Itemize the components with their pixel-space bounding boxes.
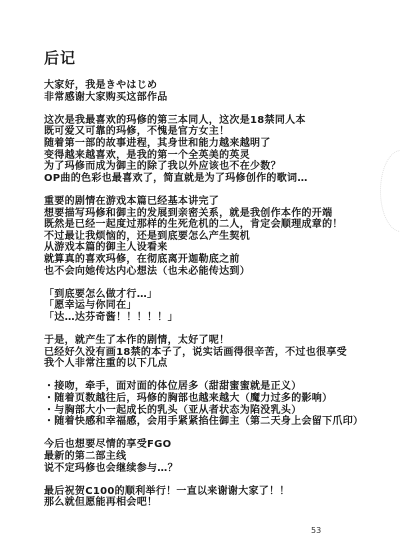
paragraph-gap (44, 323, 394, 335)
text-line: ・随着快感和幸福感，会用手紧紧掐住御主（第二天身上会留下爪印） (44, 416, 394, 428)
text-line: 今后也想要尽情的享受FGO (44, 439, 394, 451)
text-line: 不过最让我烦恼的，还是到底要怎么产生契机 (44, 231, 394, 243)
text-line: ・随着页数越往后，玛修的胸部也越来越大（魔力过多的影响） (44, 393, 394, 405)
text-line: 从游戏本篇的御主人设看来 (44, 242, 394, 254)
text-line: 重要的剧情在游戏本篇已经基本讲完了 (44, 196, 394, 208)
text-line: 说不定玛修也会继续参与…？ (44, 463, 394, 475)
text-line: 那么就但愿能再相会吧！ (44, 497, 394, 509)
text-line: 就算真的喜欢玛修，在彻底离开迦勒底之前 (44, 254, 394, 266)
text-line: 非常感谢大家购买这部作品 (44, 92, 394, 104)
text-line: 想要描写玛修和御主的发展到亲密关系，就是我创作本作的开端 (44, 208, 394, 220)
text-line: ・与胸部大小一起成长的乳头（亚从者状态为陷没乳头） (44, 405, 394, 417)
text-line: 「到底要怎么做才行…」 (44, 289, 394, 301)
text-line: 变得越来越喜欢，是我的第一个全英美的英灵 (44, 150, 394, 162)
text-line: 既然是已经一起度过那样的生死危机的二人，肯定会顺理成章的！ (44, 219, 394, 231)
paragraph-gap (44, 474, 394, 486)
document-page: 后记 大家好，我是きやはじめ非常感谢大家购买这部作品这次是我最喜欢的玛修的第三本… (0, 0, 400, 559)
text-line: OP曲的色彩也最喜欢了，简直就是为了玛修创作的歌词… (44, 173, 394, 185)
afterword-body: 大家好，我是きやはじめ非常感谢大家购买这部作品这次是我最喜欢的玛修的第三本同人，… (44, 80, 394, 509)
text-line: 已经好久没有画18禁的本子了，说实话画得很辛苦，不过也很享受 (44, 347, 394, 359)
text-line: 也不会向她传达内心想法（也未必能传达到） (44, 266, 394, 278)
page-number: 53 (311, 526, 321, 535)
paragraph-gap (44, 370, 394, 382)
text-line: 「愿幸运与你同在」 (44, 300, 394, 312)
paragraph-gap (44, 277, 394, 289)
text-line: 既可爱又可靠的玛修，不愧是官方女主！ (44, 126, 394, 138)
text-line: 最新的第二部主线 (44, 451, 394, 463)
text-line: 为了玛修而成为御主的除了我以外应该也不在少数？ (44, 161, 394, 173)
text-line: ・接吻，牵手，面对面的体位居多（甜甜蜜蜜就是正义） (44, 381, 394, 393)
paragraph-gap (44, 103, 394, 115)
paragraph-gap (44, 184, 394, 196)
text-line: 大家好，我是きやはじめ (44, 80, 394, 92)
text-line: 我个人非常注重的以下几点 (44, 358, 394, 370)
text-line: 「达…达芬奇酱！！！！！」 (44, 312, 394, 324)
text-line: 随着第一部的故事进程，其身世和能力越来越明了 (44, 138, 394, 150)
text-line: 最后祝贺C100的顺利举行！一直以来谢谢大家了！！ (44, 486, 394, 498)
paragraph-gap (44, 428, 394, 440)
text-line: 这次是我最喜欢的玛修的第三本同人，这次是18禁同人本 (44, 115, 394, 127)
page-title: 后记 (44, 47, 76, 68)
text-line: 于是，就产生了本作的剧情，太好了呢！ (44, 335, 394, 347)
